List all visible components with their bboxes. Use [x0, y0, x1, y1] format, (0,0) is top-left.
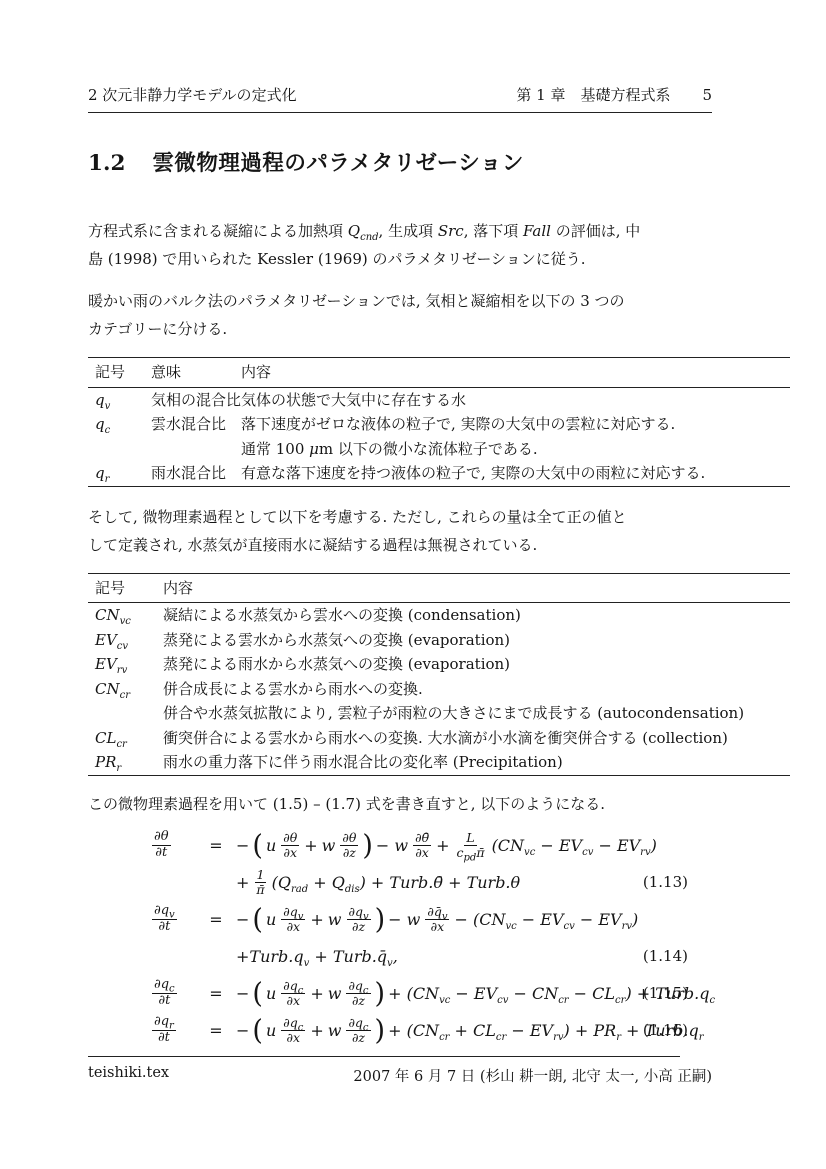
text-line: 方程式系に含まれる凝縮による加熱項 Qcnd, 生成項 Src, 落下項 Fal…	[88, 217, 712, 245]
math-text: − (CNvc − EVcv − EVrv)	[454, 910, 638, 929]
math-text: (CNvc − EVcv − EVrv)	[492, 836, 657, 855]
fraction: ∂qv∂x	[281, 905, 305, 934]
footer-filename: teishiki.tex	[88, 1065, 169, 1086]
table-row: CNcr併合成長による雲水から雨水への変換.併合や水蒸気拡散により, 雲粒子が雨…	[88, 677, 790, 726]
math-text: u	[266, 836, 276, 855]
meaning-cell: 雨水混合比	[151, 461, 241, 486]
page-header: 2 次元非静力学モデルの定式化 第 1 章 基礎方程式系 5	[88, 84, 712, 105]
table-row: qc雲水混合比落下速度がゼロな液体の粒子で, 実際の大気中の雲粒に対応する.通常…	[88, 412, 790, 461]
math-text: u	[266, 984, 276, 1003]
content-cell: 気体の状態で大気中に存在する水	[241, 388, 790, 413]
content-cell: 凝結による水蒸気から雲水への変換 (condensation)	[163, 603, 790, 628]
fraction: ∂qv∂z	[347, 905, 371, 934]
equation-line: ∂qc∂t=−(u∂qc∂x+w∂qc∂z)+ (CNvc − EVcv − C…	[88, 976, 712, 1011]
paragraph-3: そして, 微物理素過程として以下を考慮する. ただし, これらの量は全て正の値と…	[88, 503, 712, 559]
math-text: +	[304, 836, 317, 855]
fraction: ∂θ̄∂x	[413, 831, 431, 860]
symbol-cell: qr	[88, 461, 151, 486]
big-paren: )	[375, 977, 386, 1010]
paragraph-2: 暖かい雨のバルク法のパラメタリゼーションでは, 気相と凝縮相を以下の 3 つのカ…	[88, 287, 712, 343]
meaning-cell: 雲水混合比	[151, 412, 241, 437]
text-line: カテゴリーに分ける.	[88, 315, 712, 343]
fraction: ∂qc∂t	[152, 978, 177, 1008]
meaning-cell: 気相の混合比	[151, 388, 241, 413]
math-text: +	[310, 910, 323, 929]
equation-number: (1.14)	[643, 947, 688, 965]
content-cell: 蒸発による雨水から水蒸気への変換 (evaporation)	[163, 652, 790, 677]
table-rule	[88, 775, 790, 776]
equation-number: (1.13)	[643, 873, 688, 891]
table-row: EVrv蒸発による雨水から水蒸気への変換 (evaporation)	[88, 652, 790, 677]
content-cell: 有意な落下速度を持つ液体の粒子で, 実際の大気中の雨粒に対応する.	[241, 461, 790, 486]
table-row: CNvc凝結による水蒸気から雲水への変換 (condensation)	[88, 603, 790, 628]
math-text: +	[436, 836, 449, 855]
equation-line: +1π̄(Qrad + Qdis) + Turb.θ̄ + Turb.θ(1.1…	[88, 865, 712, 900]
running-head-left: 2 次元非静力学モデルの定式化	[88, 84, 297, 105]
footer-rule	[88, 1056, 680, 1057]
table-rule	[88, 486, 790, 487]
big-paren: (	[252, 977, 263, 1010]
text-line: 島 (1998) で用いられた Kessler (1969) のパラメタリゼーシ…	[88, 245, 712, 273]
math-text: − w	[376, 836, 408, 855]
big-paren: )	[375, 903, 386, 936]
content-cell: 蒸発による雲水から水蒸気への変換 (evaporation)	[163, 628, 790, 653]
equation-block: ∂θ∂t=−(u∂θ∂x+w∂θ∂z)− w∂θ̄∂x+Lcpdπ̄(CNvc …	[88, 828, 712, 1048]
equals-sign: =	[198, 984, 234, 1003]
math-text: −	[236, 984, 249, 1003]
equation-lhs: ∂qr∂t	[152, 1015, 198, 1045]
math-text: −	[236, 836, 249, 855]
fraction: Lcpdπ̄	[455, 831, 487, 860]
symbol-cell: qc	[88, 412, 151, 437]
symbol-cell: CLcr	[88, 726, 163, 751]
column-header: 記号	[88, 358, 151, 387]
content-cell: 落下速度がゼロな液体の粒子で, 実際の大気中の雲粒に対応する.通常 100 μm…	[241, 412, 790, 461]
paragraph-1: 方程式系に含まれる凝縮による加熱項 Qcnd, 生成項 Src, 落下項 Fal…	[88, 217, 712, 273]
fraction: ∂qc∂z	[346, 1016, 370, 1045]
math-text: +	[236, 873, 249, 892]
fraction: ∂q̄v∂x	[425, 905, 449, 934]
math-text: u	[266, 910, 276, 929]
symbol-cell: PRr	[88, 750, 163, 775]
process-table: 記号 内容 CNvc凝結による水蒸気から雲水への変換 (condensation…	[88, 573, 790, 776]
fraction: ∂θ∂x	[281, 831, 299, 860]
header-rule	[88, 112, 712, 113]
running-head-chapter: 第 1 章 基礎方程式系	[516, 84, 670, 105]
category-table: 記号 意味 内容 qv気相の混合比気体の状態で大気中に存在する水qc雲水混合比落…	[88, 357, 790, 487]
math-text: w	[328, 1021, 342, 1040]
big-paren: )	[362, 829, 373, 862]
section-title-text: 雲微物理過程のパラメタリゼーション	[152, 146, 523, 177]
symbol-cell: CNvc	[88, 603, 163, 628]
math-text: +	[310, 1021, 323, 1040]
table-header-row: 記号 意味 内容	[88, 358, 790, 387]
page-number: 5	[702, 86, 712, 104]
fraction: ∂qc∂x	[281, 979, 305, 1008]
math-text: w	[328, 984, 342, 1003]
big-paren: (	[252, 829, 263, 862]
fraction: ∂θ∂z	[340, 831, 358, 860]
fraction: ∂θ∂t	[152, 830, 171, 860]
big-paren: (	[252, 903, 263, 936]
equation-lhs: ∂qv∂t	[152, 904, 198, 934]
page-footer: teishiki.tex 2007 年 6 月 7 日 (杉山 耕一朗, 北守 …	[88, 1056, 712, 1086]
equals-sign: =	[198, 910, 234, 929]
section-number: 1.2	[88, 151, 125, 176]
text-line: この微物理素過程を用いて (1.5) – (1.7) 式を書き直すと, 以下のよ…	[88, 790, 712, 818]
text-line: そして, 微物理素過程として以下を考慮する. ただし, これらの量は全て正の値と	[88, 503, 712, 531]
equation-line: ∂θ∂t=−(u∂θ∂x+w∂θ∂z)− w∂θ̄∂x+Lcpdπ̄(CNvc …	[88, 828, 712, 863]
fraction: ∂qr∂t	[152, 1015, 176, 1045]
math-text: −	[236, 910, 249, 929]
content-cell: 衝突併合による雲水から雨水への変換. 大水滴が小水滴を衝突併合する (colle…	[163, 726, 790, 751]
table-row: qv気相の混合比気体の状態で大気中に存在する水	[88, 388, 790, 413]
table-header-row: 記号 内容	[88, 574, 790, 603]
fraction: ∂qc∂x	[281, 1016, 305, 1045]
section-title: 1.2 雲微物理過程のパラメタリゼーション	[88, 146, 712, 177]
paragraph-4: この微物理素過程を用いて (1.5) – (1.7) 式を書き直すと, 以下のよ…	[88, 790, 712, 818]
footer-date-authors: 2007 年 6 月 7 日 (杉山 耕一朗, 北守 太一, 小高 正嗣)	[353, 1065, 712, 1086]
math-text: (Qrad + Qdis) + Turb.θ̄ + Turb.θ	[272, 873, 521, 892]
text-line: 暖かい雨のバルク法のパラメタリゼーションでは, 気相と凝縮相を以下の 3 つの	[88, 287, 712, 315]
symbol-cell: EVcv	[88, 628, 163, 653]
equation-lhs: ∂θ∂t	[152, 830, 198, 860]
math-text: −	[236, 1021, 249, 1040]
table-row: PRr雨水の重力落下に伴う雨水混合比の変化率 (Precipitation)	[88, 750, 790, 775]
equals-sign: =	[198, 1021, 234, 1040]
equals-sign: =	[198, 836, 234, 855]
equation-line: +Turb.qv + Turb.q̄v,(1.14)	[88, 939, 712, 974]
big-paren: )	[375, 1014, 386, 1047]
equation-line: ∂qr∂t=−(u∂qc∂x+w∂qc∂z)+ (CNcr + CLcr − E…	[88, 1013, 712, 1048]
table-row: CLcr衝突併合による雲水から雨水への変換. 大水滴が小水滴を衝突併合する (c…	[88, 726, 790, 751]
fraction: ∂qv∂t	[152, 904, 177, 934]
content-cell: 併合成長による雲水から雨水への変換.併合や水蒸気拡散により, 雲粒子が雨粒の大き…	[163, 677, 790, 726]
math-text: w	[322, 836, 336, 855]
big-paren: (	[252, 1014, 263, 1047]
math-text: w	[328, 910, 342, 929]
math-text: +Turb.qv + Turb.q̄v,	[236, 947, 398, 966]
symbol-cell: qv	[88, 388, 151, 413]
fraction: ∂qc∂z	[346, 979, 370, 1008]
text-line: して定義され, 水蒸気が直接雨水に凝結する過程は無視されている.	[88, 531, 712, 559]
equation-number: (1.16)	[643, 1021, 688, 1039]
column-header: 記号	[88, 574, 163, 603]
table-row: EVcv蒸発による雲水から水蒸気への変換 (evaporation)	[88, 628, 790, 653]
equation-number: (1.15)	[643, 984, 688, 1002]
math-text: +	[310, 984, 323, 1003]
column-header: 内容	[241, 358, 790, 387]
math-text: u	[266, 1021, 276, 1040]
table-row: qr雨水混合比有意な落下速度を持つ液体の粒子で, 実際の大気中の雨粒に対応する.	[88, 461, 790, 486]
equation-lhs: ∂qc∂t	[152, 978, 198, 1008]
column-header: 意味	[151, 358, 241, 387]
symbol-cell: CNcr	[88, 677, 163, 702]
math-text: − w	[388, 910, 420, 929]
column-header: 内容	[163, 574, 790, 603]
fraction: 1π̄	[254, 868, 266, 897]
symbol-cell: EVrv	[88, 652, 163, 677]
equation-line: ∂qv∂t=−(u∂qv∂x+w∂qv∂z)− w∂q̄v∂x− (CNvc −…	[88, 902, 712, 937]
content-cell: 雨水の重力落下に伴う雨水混合比の変化率 (Precipitation)	[163, 750, 790, 775]
document-page: 2 次元非静力学モデルの定式化 第 1 章 基礎方程式系 5 1.2 雲微物理過…	[0, 0, 826, 1169]
